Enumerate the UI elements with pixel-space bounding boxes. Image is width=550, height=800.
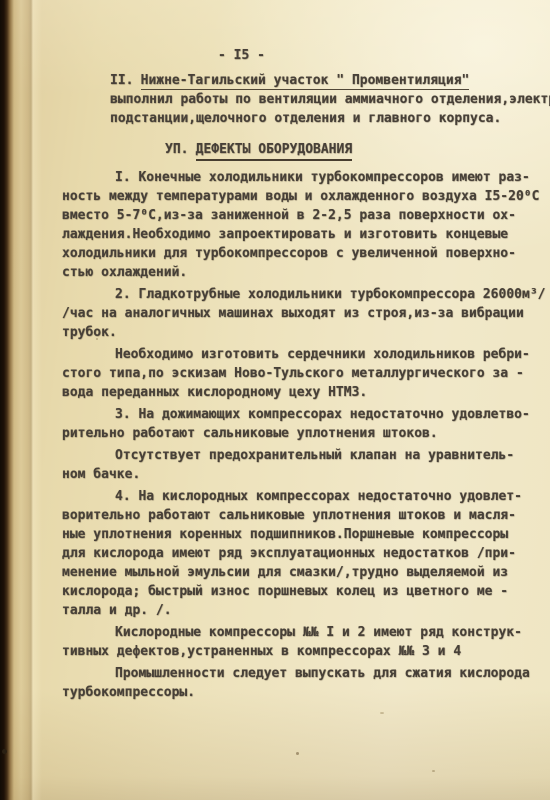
- report-title: II.Нижне-Тагильский участок " Промвентил…: [62, 71, 540, 128]
- typewritten-line: вместо 5-7⁰С,из-за заниженной в 2-2,5 ра…: [62, 206, 540, 225]
- typewritten-line: талла и др. /.: [62, 601, 540, 620]
- recommendation-paragraph: Промышленности следует выпускать для сжа…: [62, 664, 540, 702]
- typewritten-line: ные уплотнения коренных подшипников.Порш…: [62, 525, 540, 544]
- typewritten-line: 3. На дожимающих компрессорах недостаточ…: [62, 405, 540, 424]
- typewritten-line: трубок.: [62, 323, 540, 342]
- typewritten-line: кислорода; быстрый износ поршневых колец…: [62, 582, 540, 601]
- paper-speck: [2, 749, 7, 754]
- typewritten-line: выполнил работы по вентиляции аммиачного…: [62, 90, 540, 109]
- report-title-text: Нижне-Тагильский участок " Промвентиляци…: [141, 73, 470, 90]
- defect-paragraph-2-note: Необходимо изготовить сердечники холодил…: [62, 345, 540, 402]
- typewritten-line: подстанции,щелочного отделения и главног…: [62, 109, 540, 128]
- book-spine-edge: [0, 0, 42, 800]
- typewritten-line: ворительно работают сальниковые уплотнен…: [62, 506, 540, 525]
- defect-paragraph-2: 2. Гладкотрубные холодильники турбокомпр…: [62, 285, 540, 342]
- typewritten-line: I. Конечные холодильники турбокомпрессор…: [62, 168, 540, 187]
- defect-paragraph-4-note: Кислородные компрессоры №№ I и 2 имеют р…: [62, 623, 540, 661]
- section-heading-numeral: УП.: [165, 142, 188, 157]
- typewritten-content: - I5 - II.Нижне-Тагильский участок " Про…: [62, 46, 540, 705]
- typewritten-line: 4. На кислородных компрессорах недостато…: [62, 487, 540, 506]
- typewritten-line: ность между температурами воды и охлажде…: [62, 187, 540, 206]
- typewritten-line: Промышленности следует выпускать для сжа…: [62, 664, 540, 683]
- typewritten-line: Необходимо изготовить сердечники холодил…: [62, 345, 540, 364]
- section-heading-defects: УП.ДЕФЕКТЫ ОБОРУДОВАНИЯ: [62, 140, 540, 159]
- typewritten-line: Отсутствует предохранительный клапан на …: [62, 446, 540, 465]
- defect-paragraph-3: 3. На дожимающих компрессорах недостаточ…: [62, 405, 540, 443]
- typewritten-line: стого типа,по эскизам Ново-Тульского мет…: [62, 364, 540, 383]
- typewritten-line: стью охлаждений.: [62, 263, 540, 282]
- report-intro: выполнил работы по вентиляции аммиачного…: [62, 90, 540, 128]
- defect-paragraph-1: I. Конечные холодильники турбокомпрессор…: [62, 168, 540, 282]
- typewritten-line: вода переданных кислородному цеху НТМЗ.: [62, 383, 540, 402]
- section-heading-text: ДЕФЕКТЫ ОБОРУДОВАНИЯ: [196, 142, 353, 161]
- typewritten-line: холодильники для турбокомпрессоров с уве…: [62, 244, 540, 263]
- typewritten-line: для кислорода имеют ряд эксплуатационных…: [62, 544, 540, 563]
- paper-speck: [432, 770, 435, 772]
- scanned-document-page: - I5 - II.Нижне-Тагильский участок " Про…: [0, 0, 550, 800]
- typewritten-line: 2. Гладкотрубные холодильники турбокомпр…: [62, 285, 540, 304]
- defect-paragraph-4: 4. На кислородных компрессорах недостато…: [62, 487, 540, 620]
- typewritten-line: /час на аналогичных машинах выходят из с…: [62, 304, 540, 323]
- typewritten-line: Кислородные компрессоры №№ I и 2 имеют р…: [62, 623, 540, 642]
- page-number: - I5 -: [62, 46, 540, 65]
- typewritten-line: турбокомпрессоры.: [62, 683, 540, 702]
- typewritten-line: рительно работают сальниковые уплотнения…: [62, 424, 540, 443]
- typewritten-line: тивных дефектов,устраненных в компрессор…: [62, 642, 540, 661]
- typewritten-line: лаждения.Необходимо запроектировать и из…: [62, 225, 540, 244]
- report-title-numeral: II.: [110, 73, 133, 88]
- typewritten-line: менение мыльной эмульсии для смазки/,тру…: [62, 563, 540, 582]
- typewritten-line: ном бачке.: [62, 465, 540, 484]
- paper-speck: [296, 752, 299, 755]
- paper-speck: [380, 712, 384, 714]
- defect-paragraph-3-note: Отсутствует предохранительный клапан на …: [62, 446, 540, 484]
